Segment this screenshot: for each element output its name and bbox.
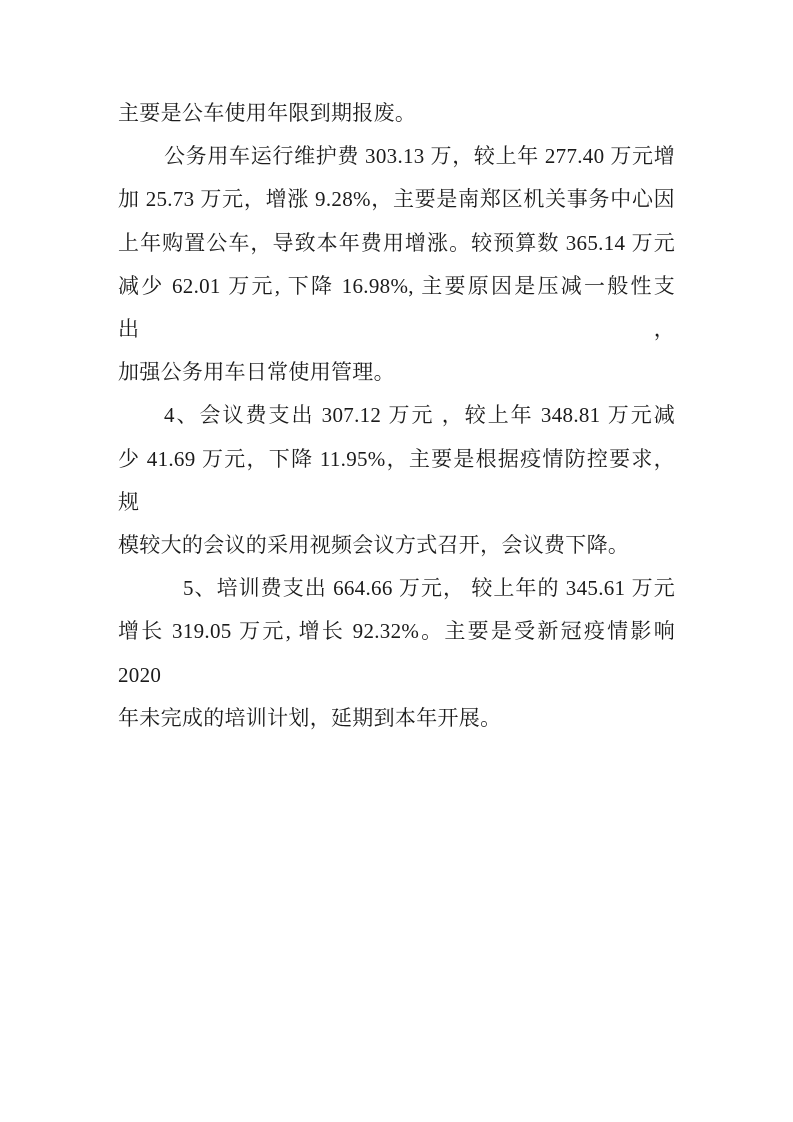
text-line: 少 41.69 万元，下降 11.95%，主要是根据疫情防控要求，规 <box>118 438 675 524</box>
text-line: 增长 319.05 万元, 增长 92.32%。主要是受新冠疫情影响 2020 <box>118 610 675 696</box>
text-line: 主要是公车使用年限到期报废。 <box>118 92 675 135</box>
text-line: 年未完成的培训计划，延期到本年开展。 <box>118 697 675 740</box>
text-line: 4、会议费支出 307.12 万元 ，较上年 348.81 万元减 <box>118 394 675 437</box>
text-line: 5、培训费支出 664.66 万元， 较上年的 345.61 万元 <box>118 567 675 610</box>
text-line: 上年购置公车，导致本年费用增涨。较预算数 365.14 万元 <box>118 222 675 265</box>
text-line: 加强公务用车日常使用管理。 <box>118 351 675 394</box>
text-line: 加 25.73 万元，增涨 9.28%，主要是南郑区机关事务中心因 <box>118 178 675 221</box>
document-page: 主要是公车使用年限到期报废。 公务用车运行维护费 303.13 万，较上年 27… <box>0 0 793 1122</box>
text-line: 减少 62.01 万元, 下降 16.98%, 主要原因是压减一般性支出， <box>118 265 675 351</box>
document-body: 主要是公车使用年限到期报废。 公务用车运行维护费 303.13 万，较上年 27… <box>118 92 675 740</box>
text-line: 公务用车运行维护费 303.13 万，较上年 277.40 万元增 <box>118 135 675 178</box>
text-line: 模较大的会议的采用视频会议方式召开，会议费下降。 <box>118 524 675 567</box>
